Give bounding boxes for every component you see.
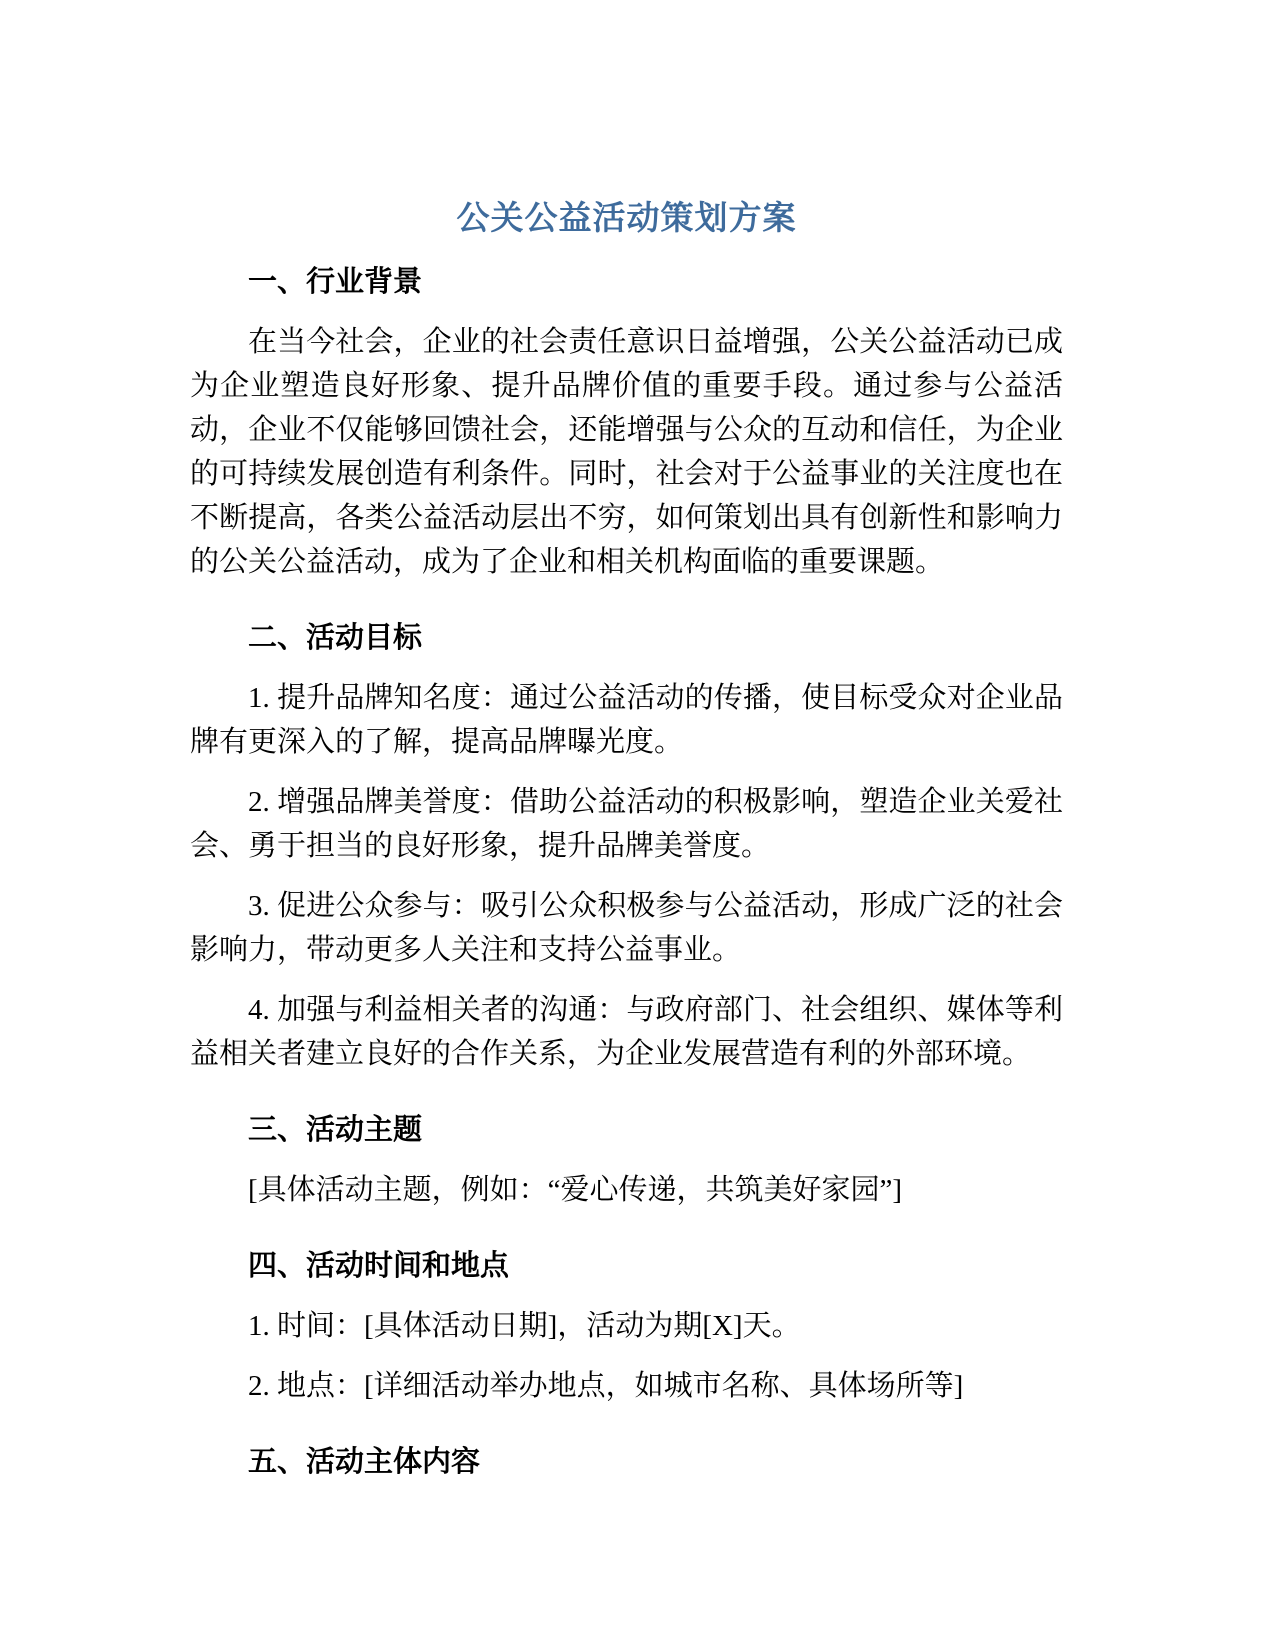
paragraph-industry-background: 在当今社会，企业的社会责任意识日益增强，公关公益活动已成为企业塑造良好形象、提升… xyxy=(190,320,1063,584)
paragraph-time-placeholder: 1. 时间：[具体活动日期]，活动为期[X]天。 xyxy=(190,1304,1063,1348)
paragraph-location-placeholder: 2. 地点：[详细活动举办地点，如城市名称、具体场所等] xyxy=(190,1364,1063,1408)
section-heading-time-and-location: 四、活动时间和地点 xyxy=(190,1244,1063,1288)
section-heading-main-content: 五、活动主体内容 xyxy=(190,1440,1063,1484)
paragraph-goal-stakeholder-communication: 4. 加强与利益相关者的沟通：与政府部门、社会组织、媒体等利益相关者建立良好的合… xyxy=(190,988,1063,1076)
section-heading-activity-theme: 三、活动主题 xyxy=(190,1108,1063,1152)
document-title: 公关公益活动策划方案 xyxy=(190,196,1063,240)
document-page: 公关公益活动策划方案 一、行业背景 在当今社会，企业的社会责任意识日益增强，公关… xyxy=(0,0,1275,1650)
paragraph-goal-brand-awareness: 1. 提升品牌知名度：通过公益活动的传播，使目标受众对企业品牌有更深入的了解，提… xyxy=(190,676,1063,764)
section-activity-goals: 二、活动目标 1. 提升品牌知名度：通过公益活动的传播，使目标受众对企业品牌有更… xyxy=(190,616,1063,1076)
section-industry-background: 一、行业背景 在当今社会，企业的社会责任意识日益增强，公关公益活动已成为企业塑造… xyxy=(190,260,1063,584)
paragraph-goal-public-participation: 3. 促进公众参与：吸引公众积极参与公益活动，形成广泛的社会影响力，带动更多人关… xyxy=(190,884,1063,972)
section-time-and-location: 四、活动时间和地点 1. 时间：[具体活动日期]，活动为期[X]天。 2. 地点… xyxy=(190,1244,1063,1408)
section-main-content: 五、活动主体内容 xyxy=(190,1440,1063,1484)
section-activity-theme: 三、活动主题 [具体活动主题，例如：“爱心传递，共筑美好家园”] xyxy=(190,1108,1063,1212)
paragraph-goal-brand-reputation: 2. 增强品牌美誉度：借助公益活动的积极影响，塑造企业关爱社会、勇于担当的良好形… xyxy=(190,780,1063,868)
paragraph-theme-placeholder: [具体活动主题，例如：“爱心传递，共筑美好家园”] xyxy=(190,1168,1063,1212)
section-heading-industry-background: 一、行业背景 xyxy=(190,260,1063,304)
section-heading-activity-goals: 二、活动目标 xyxy=(190,616,1063,660)
